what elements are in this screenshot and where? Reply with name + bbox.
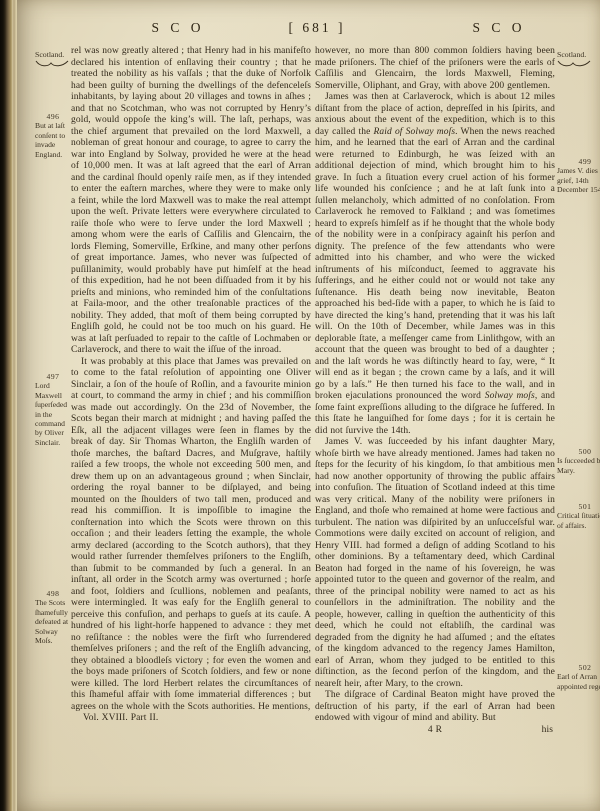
- continuation-swash-icon: [557, 60, 591, 68]
- page-surface: S C O [ 681 ] S C O Scotland. 496But at …: [17, 0, 600, 811]
- left-margin: Scotland. 496But at laſt conſent to inva…: [35, 0, 71, 811]
- running-title-right: S C O: [472, 20, 525, 38]
- scanned-book-page: S C O [ 681 ] S C O Scotland. 496But at …: [0, 0, 600, 811]
- margin-note-number: 496: [35, 112, 71, 121]
- margin-note: 502Earl of Arran appointed regent.: [557, 663, 600, 691]
- text-segment: rel was now greatly altered ; that Henry…: [71, 46, 311, 355]
- paragraph: however, no more than 800 common ſoldier…: [315, 46, 555, 92]
- margin-note-text: But at laſt conſent to invade England.: [35, 121, 71, 159]
- text-segment: The diſgrace of Cardinal Beaton might ha…: [315, 690, 555, 723]
- margin-note: 498The Scots ſhamefully defeated at Solw…: [35, 589, 71, 645]
- margin-note: 500Is ſucceeded by Mary.: [557, 447, 600, 475]
- margin-note-text: Earl of Arran appointed regent.: [557, 672, 600, 691]
- text-segment: James V. was ſucceeded by his infant dau…: [315, 437, 555, 689]
- paragraph: It was probably at this place that James…: [71, 357, 311, 714]
- paragraph: James V. was ſucceeded by his infant dau…: [315, 437, 555, 690]
- text-segment: however, no more than 800 common ſoldier…: [315, 46, 555, 91]
- margin-note-number: 497: [35, 372, 71, 381]
- running-head-left: Scotland.: [35, 50, 71, 68]
- text-segment: . When the news reached him, and he lear…: [315, 127, 555, 402]
- margin-note: 496But at laſt conſent to invade England…: [35, 112, 71, 159]
- margin-note-number: 501: [557, 502, 600, 511]
- page-number: [ 681 ]: [289, 20, 346, 38]
- volume-line: Vol. XVIII. Part II.: [83, 713, 311, 725]
- paragraph: James was then at Carlaverock, which is …: [315, 92, 555, 437]
- italic-phrase: Solway moſs: [485, 391, 535, 401]
- text-segment: It was probably at this place that James…: [71, 357, 311, 712]
- right-column-paragraphs: however, no more than 800 common ſoldier…: [315, 46, 555, 725]
- margin-note-text: James V. dies of grief, 14th December 15…: [557, 166, 600, 194]
- running-head-right: Scotland.: [557, 50, 600, 68]
- signature-row: 4 R his: [315, 725, 555, 737]
- running-label: Scotland.: [35, 50, 71, 59]
- paragraph: rel was now greatly altered ; that Henry…: [71, 46, 311, 357]
- margin-note: 497Lord Maxwell ſuperſeded in the comman…: [35, 372, 71, 447]
- margin-note-number: 498: [35, 589, 71, 598]
- paragraph: The diſgrace of Cardinal Beaton might ha…: [315, 690, 555, 725]
- catchword: his: [542, 725, 553, 737]
- margin-note-number: 499: [557, 157, 600, 166]
- left-column-paragraphs: rel was now greatly altered ; that Henry…: [71, 46, 311, 713]
- margin-note: 501Critical ſituation of affairs.: [557, 502, 600, 530]
- margin-note-text: The Scots ſhamefully defeated at Solway …: [35, 598, 71, 645]
- margin-note-text: Is ſucceeded by Mary.: [557, 456, 600, 475]
- book-binding-edge: [0, 0, 17, 811]
- italic-phrase: Raid of Solway moſs: [374, 127, 456, 137]
- running-title-left: S C O: [151, 20, 204, 38]
- margin-note-text: Critical ſituation of affairs.: [557, 511, 600, 530]
- text-column-right: however, no more than 800 common ſoldier…: [315, 46, 555, 737]
- margin-note: 499James V. dies of grief, 14th December…: [557, 157, 600, 195]
- running-label: Scotland.: [557, 50, 600, 59]
- signature-mark: 4 R: [315, 725, 555, 737]
- margin-note-number: 500: [557, 447, 600, 456]
- continuation-swash-icon: [35, 60, 69, 68]
- margin-note-number: 502: [557, 663, 600, 672]
- right-margin: Scotland. 499James V. dies of grief, 14t…: [557, 0, 600, 811]
- margin-note-text: Lord Maxwell ſuperſeded in the command b…: [35, 381, 71, 447]
- text-column-left: rel was now greatly altered ; that Henry…: [71, 46, 311, 725]
